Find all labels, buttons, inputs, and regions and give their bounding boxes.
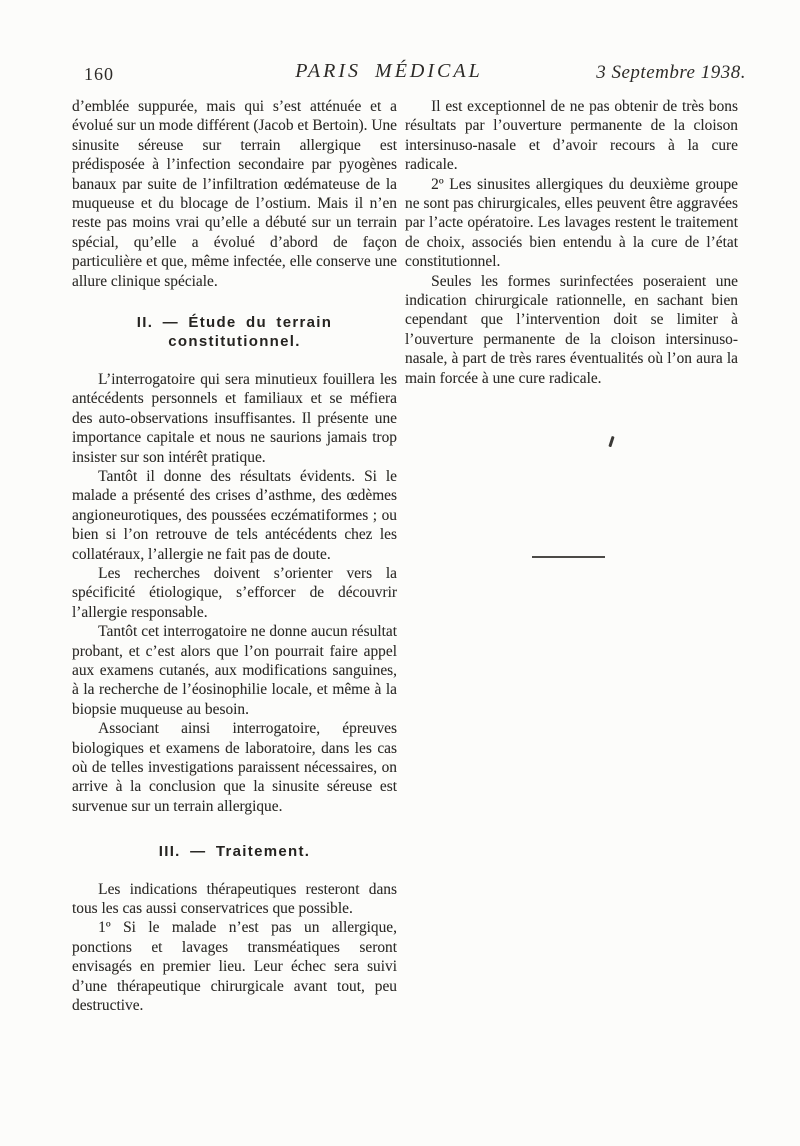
page-header: 160 PARIS MÉDICAL 3 Septembre 1938. [72,60,746,92]
paragraph: Associant ainsi interrogatoire, épreuves… [72,719,397,816]
left-column: d’emblée suppurée, mais qui s’est atténu… [72,97,397,1015]
paragraph: Tantôt il donne des résultats évidents. … [72,467,397,564]
paragraph: Tantôt cet interrogatoire ne donne aucun… [72,622,397,719]
issue-date: 3 Septembre 1938. [596,62,746,84]
article-end-divider [532,556,605,558]
paragraph: L’interrogatoire qui sera minutieux foui… [72,370,397,467]
paragraph: 1º Si le malade n’est pas un allergique,… [72,918,397,1015]
paragraph: Il est exceptionnel de ne pas obtenir de… [405,97,738,175]
journal-page: 160 PARIS MÉDICAL 3 Septembre 1938. d’em… [0,0,800,1146]
paragraph: Seules les formes surinfectées poseraien… [405,272,738,388]
right-column: Il est exceptionnel de ne pas obtenir de… [405,97,738,388]
paragraph: 2º Les sinusites allergiques du deuxième… [405,175,738,272]
section-heading-etude-terrain: II. — Étude du terrain constitutionnel. [72,313,397,352]
paragraph: Les indications thérapeutiques resteront… [72,880,397,919]
intro-paragraph: d’emblée suppurée, mais qui s’est atténu… [72,97,397,291]
paragraph: Les recherches doivent s’orienter vers l… [72,564,397,622]
section-heading-traitement: III. — Traitement. [72,842,397,861]
ink-speck [608,436,614,447]
